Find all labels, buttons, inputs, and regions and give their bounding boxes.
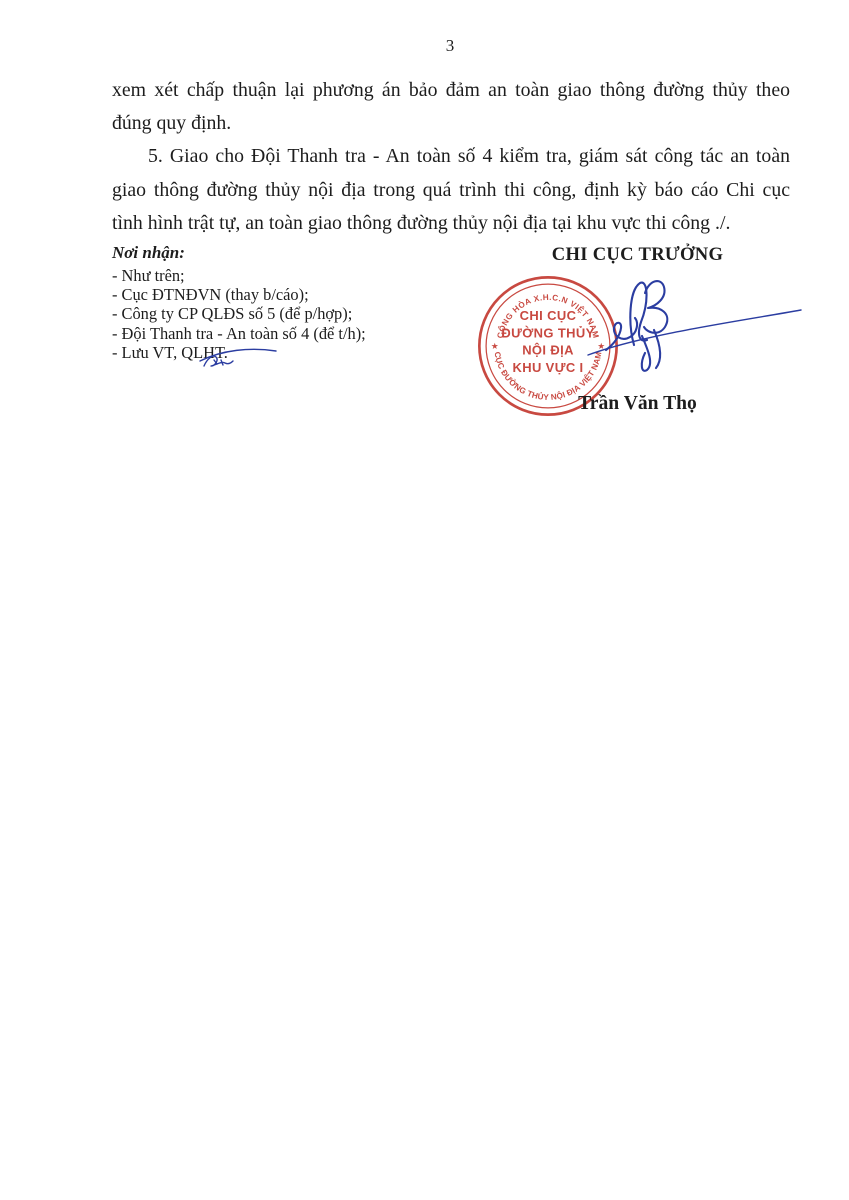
signer-title: CHI CỤC TRƯỞNG	[540, 244, 735, 266]
director-signature	[584, 272, 806, 378]
stamp-center-line-2: ĐƯỜNG THỦY	[501, 325, 594, 340]
body-line: đúng quy định.	[112, 107, 790, 140]
recipient-item: - Cục ĐTNĐVN (thay b/cáo);	[112, 285, 442, 304]
page-number: 3	[438, 36, 462, 56]
stamp-left-star-icon: ★	[491, 341, 499, 351]
recipient-item: - Như trên;	[112, 266, 442, 285]
body-line: 5. Giao cho Đội Thanh tra - An toàn số 4…	[112, 140, 790, 173]
document-page: 3 xem xét chấp thuận lại phương án bảo đ…	[0, 0, 849, 1200]
recipients-heading: Nơi nhận:	[112, 243, 442, 263]
stamp-center-line-1: CHI CỤC	[520, 308, 577, 323]
stamp-center-line-3: NỘI ĐỊA	[522, 343, 574, 358]
signer-name: Trần Văn Thọ	[540, 393, 735, 415]
body-line: tình hình trật tự, an toàn giao thông đư…	[112, 207, 790, 240]
clerk-initial-signature	[190, 340, 286, 376]
body-text: xem xét chấp thuận lại phương án bảo đảm…	[112, 74, 790, 240]
stamp-center-line-4: KHU VỰC I	[512, 360, 583, 375]
recipient-item: - Công ty CP QLĐS số 5 (để p/hợp);	[112, 304, 442, 323]
body-line: xem xét chấp thuận lại phương án bảo đảm…	[112, 74, 790, 107]
body-line: giao thông đường thủy nội địa trong quá …	[112, 174, 790, 207]
